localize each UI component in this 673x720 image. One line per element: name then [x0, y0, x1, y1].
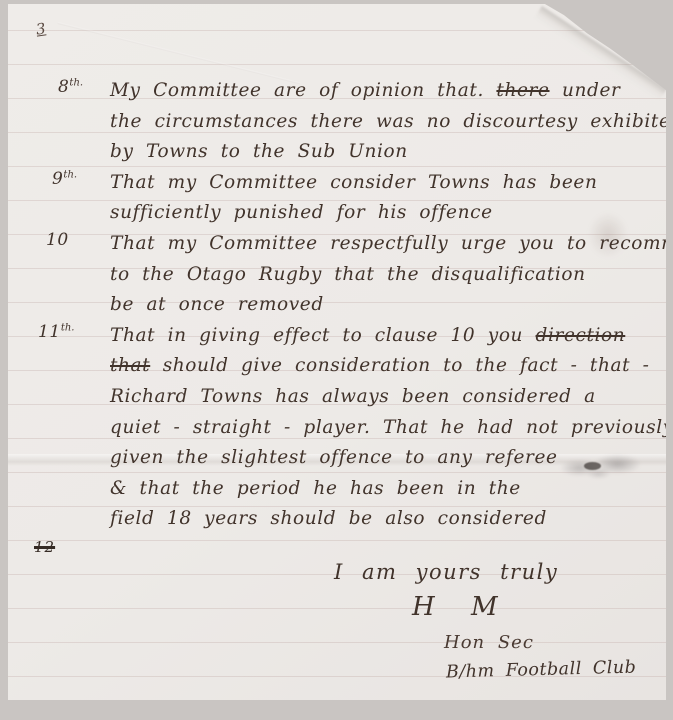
- manuscript-clauses: 8th.My Committee are of opinion that. th…: [110, 76, 662, 535]
- manuscript-line: that should give consideration to the fa…: [110, 351, 662, 382]
- manuscript-line: given the slightest offence to any refer…: [110, 443, 662, 474]
- manuscript-text: field 18 years should be also considered: [110, 508, 547, 529]
- manuscript-text: quiet - straight - player. That he had n…: [110, 417, 673, 438]
- manuscript-text: That my Committee respectfully urge you …: [110, 233, 673, 254]
- struck-margin-note: 12: [34, 538, 55, 556]
- clause: 8th.My Committee are of opinion that. th…: [110, 76, 662, 168]
- manuscript-line: to the Otago Rugby that the disqualifica…: [110, 260, 662, 291]
- manuscript-text: sufficiently punished for his offence: [110, 202, 493, 223]
- manuscript-line: That my Committee consider Towns has bee…: [110, 168, 662, 199]
- manuscript-text: That my Committee consider Towns has bee…: [110, 172, 598, 193]
- manuscript-photo: 3 12 8th.My Committee are of opinion tha…: [0, 0, 673, 720]
- manuscript-text: by Towns to the Sub Union: [110, 141, 408, 162]
- clause-number: 10: [46, 230, 69, 250]
- struck-word: direction: [536, 325, 626, 346]
- manuscript-text: My Committee are of opinion that.: [110, 80, 496, 101]
- manuscript-line: That in giving effect to clause 10 you d…: [110, 321, 662, 352]
- clause-number: 11th.: [38, 322, 74, 342]
- manuscript-line: be at once removed: [110, 290, 662, 321]
- manuscript-line: & that the period he has been in the: [110, 474, 662, 505]
- clause: 11th.That in giving effect to clause 10 …: [110, 321, 662, 535]
- manuscript-text: be at once removed: [110, 294, 324, 315]
- manuscript-text: That in giving effect to clause 10 you: [110, 325, 536, 346]
- valediction: I am yours truly: [334, 560, 558, 584]
- signature-initials: H M: [412, 592, 512, 622]
- signer-organisation: B/hm Football Club: [446, 658, 637, 683]
- manuscript-line: sufficiently punished for his offence: [110, 198, 662, 229]
- manuscript-text: & that the period he has been in the: [110, 478, 521, 499]
- struck-word: there: [496, 80, 549, 101]
- manuscript-line: the circumstances there was no discourte…: [110, 107, 662, 138]
- struck-word: that: [110, 355, 150, 376]
- manuscript-line: quiet - straight - player. That he had n…: [110, 413, 662, 444]
- manuscript-text: given the slightest offence to any refer…: [110, 447, 558, 468]
- page-number: 3: [35, 19, 47, 38]
- clause: 9th.That my Committee consider Towns has…: [110, 168, 662, 229]
- manuscript-text: the circumstances there was no discourte…: [110, 111, 673, 132]
- manuscript-line: That my Committee respectfully urge you …: [110, 229, 662, 260]
- manuscript-line: by Towns to the Sub Union: [110, 137, 662, 168]
- signer-title: Hon Sec: [444, 632, 534, 653]
- manuscript-line: Richard Towns has always been considered…: [110, 382, 662, 413]
- clause-number: 9th.: [52, 169, 77, 189]
- manuscript-line: My Committee are of opinion that. there …: [110, 76, 662, 107]
- manuscript-line: field 18 years should be also considered: [110, 504, 662, 535]
- manuscript-text: Richard Towns has always been considered…: [110, 386, 596, 407]
- manuscript-text: to the Otago Rugby that the disqualifica…: [110, 264, 586, 285]
- manuscript-text: should give consideration to the fact - …: [150, 355, 649, 376]
- clause: 10That my Committee respectfully urge yo…: [110, 229, 662, 321]
- manuscript-text: under: [550, 80, 621, 101]
- letter-paper: 3 12 8th.My Committee are of opinion tha…: [8, 4, 666, 700]
- clause-number: 8th.: [58, 77, 83, 97]
